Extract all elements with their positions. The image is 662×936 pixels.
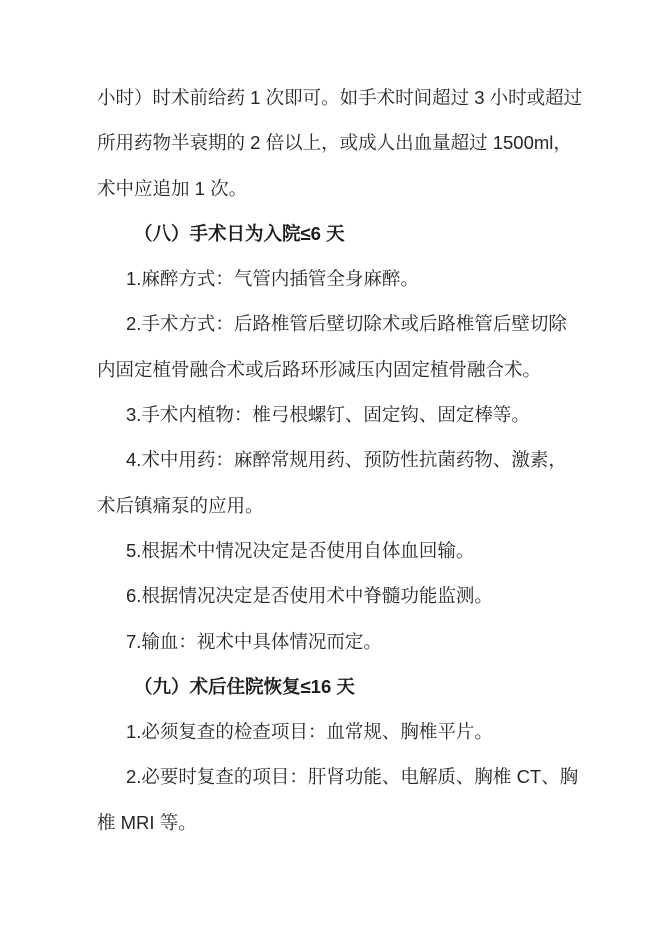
section-heading-8: （八）手术日为入院≤6 天	[97, 211, 575, 256]
paragraph-continuation-line: 所用药物半衰期的 2 倍以上，或成人出血量超过 1500ml，	[97, 120, 575, 165]
numbered-item-line: 7.输血：视术中具体情况而定。	[97, 619, 575, 664]
numbered-item-line: 2.手术方式：后路椎管后壁切除术或后路椎管后壁切除	[97, 301, 575, 346]
numbered-item-line: 1.必须复查的检查项目：血常规、胸椎平片。	[97, 709, 575, 754]
numbered-item-line: 1.麻醉方式：气管内插管全身麻醉。	[97, 256, 575, 301]
paragraph-continuation-line: 小时）时术前给药 1 次即可。如手术时间超过 3 小时或超过	[97, 75, 575, 120]
paragraph-end-line: 椎 MRI 等。	[97, 800, 575, 845]
numbered-item-line: 4.术中用药：麻醉常规用药、预防性抗菌药物、激素，	[97, 437, 575, 482]
paragraph-continuation-line: 术后镇痛泵的应用。	[97, 483, 575, 528]
numbered-item-line: 5.根据术中情况决定是否使用自体血回输。	[97, 528, 575, 573]
numbered-item-line: 2.必要时复查的项目：肝肾功能、电解质、胸椎 CT、胸	[97, 754, 575, 799]
section-heading-9: （九）术后住院恢复≤16 天	[97, 664, 575, 709]
paragraph-end-line: 术中应追加 1 次。	[97, 166, 575, 211]
numbered-item-line: 6.根据情况决定是否使用术中脊髓功能监测。	[97, 573, 575, 618]
document-page: 小时）时术前给药 1 次即可。如手术时间超过 3 小时或超过 所用药物半衰期的 …	[0, 0, 662, 936]
numbered-item-line: 3.手术内植物：椎弓根螺钉、固定钩、固定棒等。	[97, 392, 575, 437]
paragraph-continuation-line: 内固定植骨融合术或后路环形减压内固定植骨融合术。	[97, 347, 575, 392]
document-body: 小时）时术前给药 1 次即可。如手术时间超过 3 小时或超过 所用药物半衰期的 …	[97, 75, 575, 845]
